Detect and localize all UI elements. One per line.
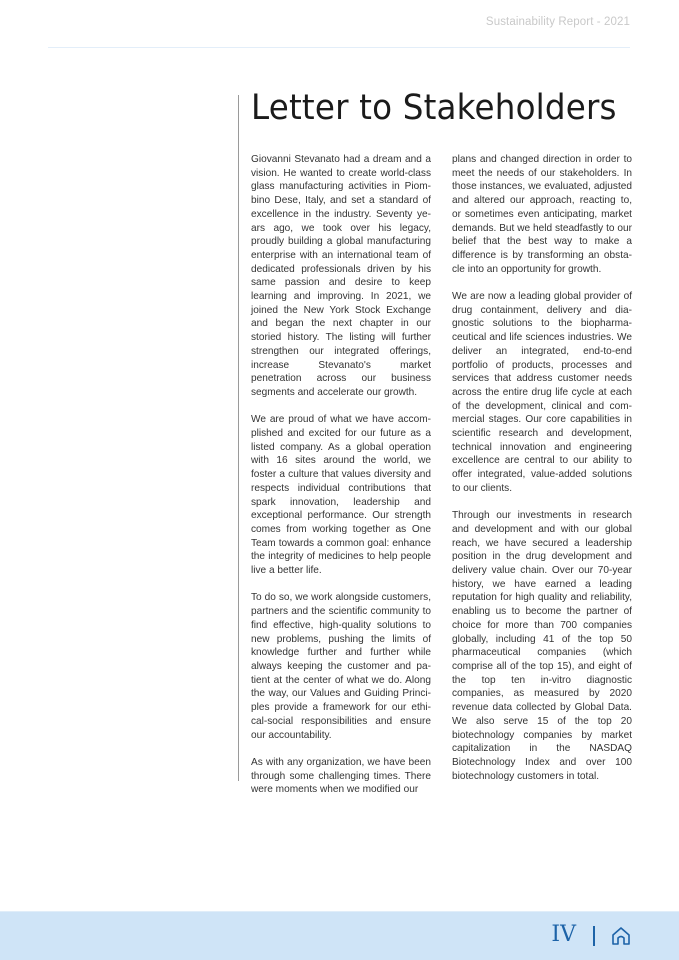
paragraph: plans and changed direction in order to …: [452, 153, 632, 276]
page-title: Letter to Stakeholders: [251, 88, 617, 128]
footer-band: IV: [0, 911, 679, 960]
home-icon[interactable]: [610, 925, 632, 947]
paragraph: To do so, we work alongside customers, p…: [251, 591, 431, 742]
right-column: plans and changed direction in order to …: [452, 153, 632, 797]
paragraph: Through our investments in resear­ch and…: [452, 509, 632, 783]
title-vertical-rule: [238, 95, 239, 781]
paragraph: As with any organization, we have been t…: [251, 756, 431, 797]
page-number: IV: [551, 922, 576, 947]
paragraph: Giovanni Stevanato had a dream and a vis…: [251, 153, 431, 400]
paragraph: We are proud of what we have accom­plish…: [251, 413, 431, 577]
left-column: Giovanni Stevanato had a dream and a vis…: [251, 153, 431, 811]
header-divider: [48, 47, 630, 48]
footer-separator: [593, 926, 595, 946]
running-header-title: Sustainability Report - 2021: [486, 16, 630, 28]
paragraph: We are now a leading global provider of …: [452, 290, 632, 496]
